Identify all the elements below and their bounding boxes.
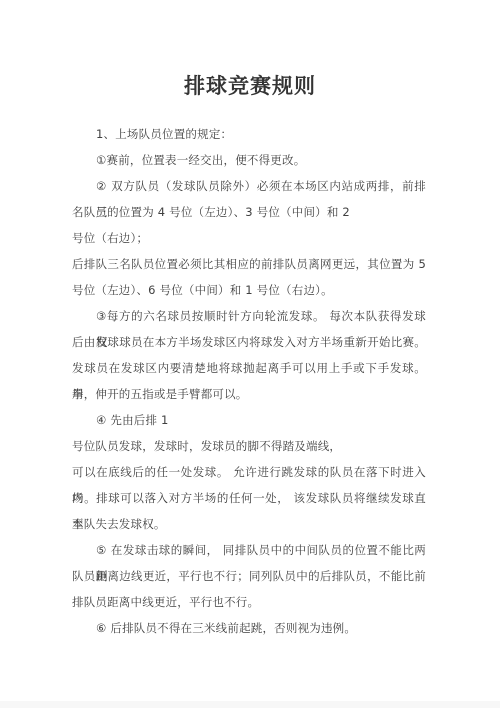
page-bottom-edge	[0, 701, 500, 708]
text-line: 号位（左边）、6 号位（中间）和 1 号位（右边）。	[72, 277, 426, 303]
text-line: 可以在底线后的任一处发球。 允许进行跳发球的队员在落下时进入场	[72, 459, 426, 485]
text-line: 队员距离边线更近，平行也不行；同列队员中的后排队员，不能比前	[72, 563, 426, 589]
text-line: 后排队三名队员位置必须比其相应的前排队员离网更远，其位置为 5	[72, 251, 426, 277]
text-line: ④ 先由后排 1	[72, 407, 426, 433]
text-line: 拳，伸开的五指或是手臂都可以。	[72, 381, 426, 407]
document-title: 排球竞赛规则	[0, 70, 500, 100]
text-line: ⑥ 后排队员不得在三米线前起跳，否则视为违例。	[72, 615, 426, 641]
document-body: 1、上场队员位置的规定：①赛前，位置表一经交出，便不得更改。② 双方队员（发球队…	[72, 121, 426, 641]
text-line: 内。排球可以落入对方半场的任何一处， 该发球队员将继续发球直至	[72, 485, 426, 511]
text-line: 本队失去发球权。	[72, 511, 426, 537]
text-line: ③每方的六名球员按顺时针方向轮流发球。 每次本队获得发球权	[72, 303, 426, 329]
text-line: 号位队员发球，发球时，发球员的脚不得踏及端线，	[72, 433, 426, 459]
text-line: 号位（右边）；	[72, 225, 426, 251]
text-line: ⑤ 在发球击球的瞬间， 同排队员中的中间队员的位置不能比两侧	[72, 537, 426, 563]
text-line: ② 双方队员（发球队员除外）必须在本场区内站成两排，前排三	[72, 173, 426, 199]
text-line: 1、上场队员位置的规定：	[72, 121, 426, 147]
text-line: ①赛前，位置表一经交出，便不得更改。	[72, 147, 426, 173]
text-line: 排队员距离中线更近，平行也不行。	[72, 589, 426, 615]
text-line: 发球员在发球区内要清楚地将球抛起离手可以用上手或下手发球。 用	[72, 355, 426, 381]
text-line: 后由发球球员在本方半场发球区内将球发入对方半场重新开始比赛。	[72, 329, 426, 355]
document-page: 排球竞赛规则 1、上场队员位置的规定：①赛前，位置表一经交出，便不得更改。② 双…	[0, 0, 500, 708]
text-line: 名队员的位置为 4 号位（左边）、3 号位（中间）和 2	[72, 199, 426, 225]
